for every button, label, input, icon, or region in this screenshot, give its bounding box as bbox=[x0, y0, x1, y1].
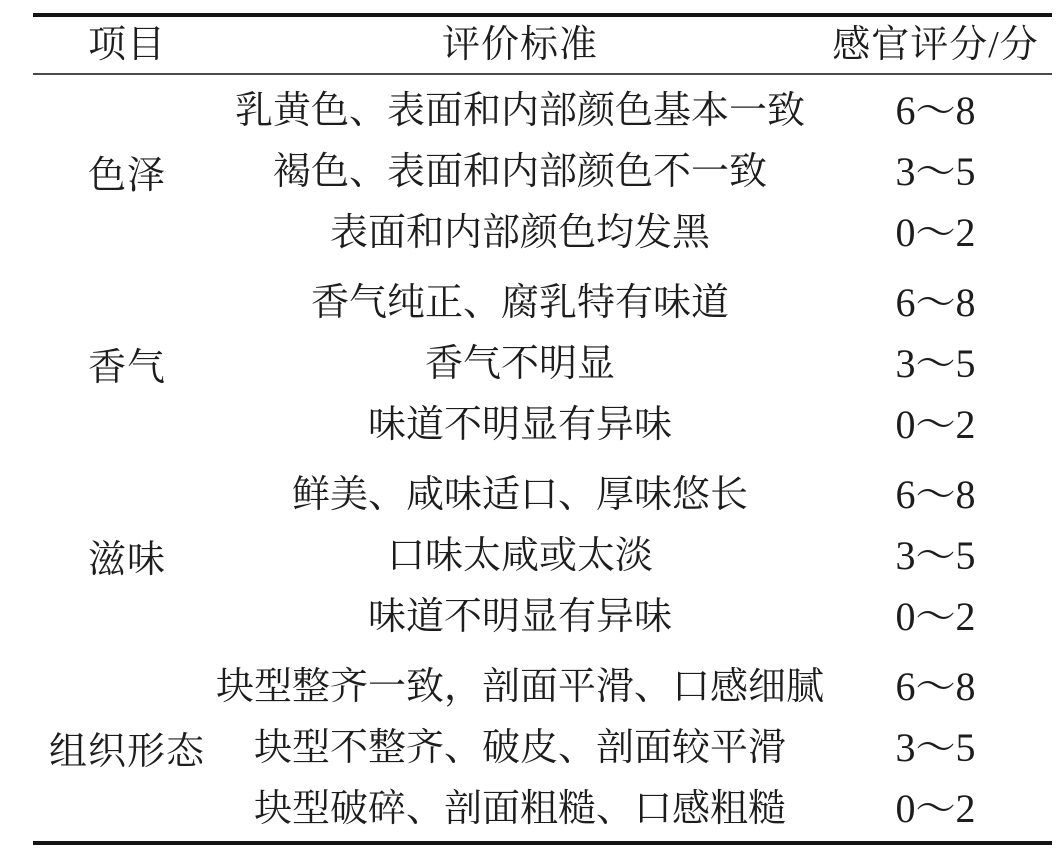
table-section-taste: 滋味 鲜美、咸味适口、厚味悠长 6～8 口味太咸或太淡 3～5 味道不明显有异味… bbox=[33, 464, 1052, 647]
table-bottom-rule bbox=[33, 841, 1052, 845]
score-value: 0～2 bbox=[819, 778, 1052, 839]
score-value: 6～8 bbox=[819, 464, 1052, 525]
item-label: 组织形态 bbox=[33, 656, 221, 839]
score-value: 6～8 bbox=[819, 656, 1052, 717]
table-section-texture: 组织形态 块型整齐一致，剖面平滑、口感细腻 6～8 块型不整齐、破皮、剖面较平滑… bbox=[33, 656, 1052, 839]
score-value: 0～2 bbox=[819, 586, 1052, 647]
score-value: 0～2 bbox=[819, 394, 1052, 455]
score-value: 3～5 bbox=[819, 717, 1052, 778]
criteria-text: 褐色、表面和内部颜色不一致 bbox=[221, 141, 819, 202]
paper-page: 项目 评价标准 感官评分/分 色泽 乳黄色、表面和内部颜色基本一致 6～8 褐色… bbox=[0, 0, 1060, 856]
item-label: 香气 bbox=[33, 272, 221, 455]
score-value: 6～8 bbox=[819, 80, 1052, 141]
criteria-text: 味道不明显有异味 bbox=[221, 586, 819, 647]
criteria-text: 味道不明显有异味 bbox=[221, 394, 819, 455]
criteria-text: 块型整齐一致，剖面平滑、口感细腻 bbox=[221, 656, 819, 717]
column-header-score: 感官评分/分 bbox=[819, 26, 1052, 64]
score-value: 3～5 bbox=[819, 525, 1052, 586]
criteria-text: 表面和内部颜色均发黑 bbox=[221, 202, 819, 263]
item-label: 色泽 bbox=[33, 80, 221, 263]
criteria-text: 块型不整齐、破皮、剖面较平滑 bbox=[221, 717, 819, 778]
column-header-criteria: 评价标准 bbox=[221, 26, 819, 64]
criteria-text: 香气纯正、腐乳特有味道 bbox=[221, 272, 819, 333]
table-section-color: 色泽 乳黄色、表面和内部颜色基本一致 6～8 褐色、表面和内部颜色不一致 3～5… bbox=[33, 80, 1052, 263]
criteria-text: 香气不明显 bbox=[221, 333, 819, 394]
table-section-aroma: 香气 香气纯正、腐乳特有味道 6～8 香气不明显 3～5 味道不明显有异味 0～… bbox=[33, 272, 1052, 455]
criteria-text: 块型破碎、剖面粗糙、口感粗糙 bbox=[221, 778, 819, 839]
column-header-item: 项目 bbox=[33, 26, 221, 64]
criteria-text: 乳黄色、表面和内部颜色基本一致 bbox=[221, 80, 819, 141]
score-value: 6～8 bbox=[819, 272, 1052, 333]
table-header-row: 项目 评价标准 感官评分/分 bbox=[33, 17, 1052, 73]
criteria-text: 鲜美、咸味适口、厚味悠长 bbox=[221, 464, 819, 525]
score-value: 3～5 bbox=[819, 333, 1052, 394]
table-body: 色泽 乳黄色、表面和内部颜色基本一致 6～8 褐色、表面和内部颜色不一致 3～5… bbox=[33, 75, 1052, 841]
sensory-evaluation-table: 项目 评价标准 感官评分/分 色泽 乳黄色、表面和内部颜色基本一致 6～8 褐色… bbox=[33, 13, 1052, 845]
score-value: 3～5 bbox=[819, 141, 1052, 202]
item-label: 滋味 bbox=[33, 464, 221, 647]
criteria-text: 口味太咸或太淡 bbox=[221, 525, 819, 586]
score-value: 0～2 bbox=[819, 202, 1052, 263]
